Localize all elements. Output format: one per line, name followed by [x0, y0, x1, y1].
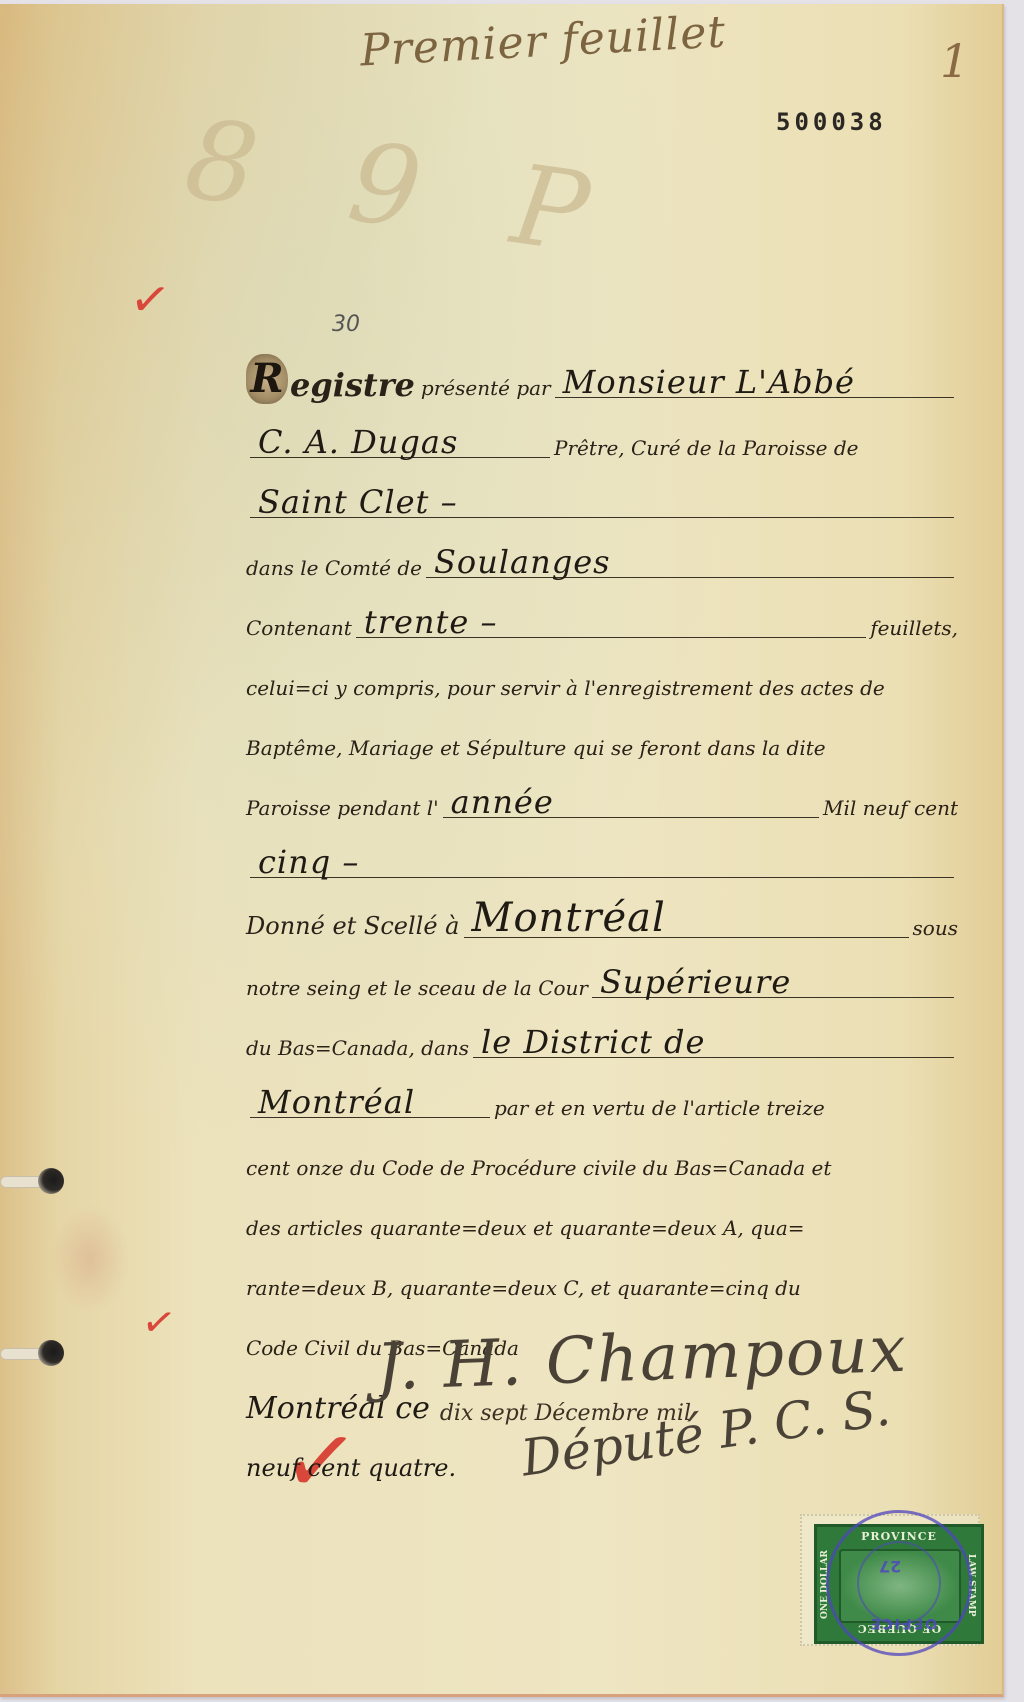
form-line-purpose: celui=ci y compris, pour servir à l'enre…: [246, 654, 958, 706]
printed-text: feuillets,: [870, 616, 958, 646]
printed-text: cent onze du Code de Procédure civile du…: [246, 1156, 831, 1186]
handwritten-value: Montréal: [258, 1083, 415, 1121]
district-name-field: Montréal: [250, 1077, 490, 1118]
year-value-field: cinq –: [250, 837, 954, 878]
printed-text: Paroisse pendant l': [246, 796, 439, 826]
handwritten-value: Soulanges: [434, 543, 611, 581]
form-line-legal-3: rante=deux B, quarante=deux C, et quaran…: [246, 1254, 958, 1306]
document-number: 500038: [776, 108, 887, 136]
printed-text: Baptême, Mariage et Sépulture qui se fer…: [246, 736, 826, 766]
form-line-district-name: Montréal par et en vertu de l'article tr…: [246, 1074, 958, 1126]
printed-text: sous: [913, 916, 958, 946]
registre-heading-text: egistre: [290, 366, 415, 404]
form-line-legal-2: des articles quarante=deux et quarante=d…: [246, 1194, 958, 1246]
form-line-given-at: Donné et Scellé à Montréal sous: [246, 894, 958, 946]
postmark-icon: 27 OFFICE: [826, 1510, 972, 1656]
form-line-court: notre seing et le sceau de la Cour Supér…: [246, 954, 958, 1006]
stain: [50, 1204, 130, 1314]
form-line-presented-by: R egistre présenté par Monsieur L'Abbé: [246, 354, 958, 406]
place-field: Montréal: [464, 897, 909, 938]
top-annotation-number: 1: [940, 34, 969, 88]
handwritten-value: C. A. Dugas: [258, 423, 458, 461]
form-line-year-value: cinq –: [246, 834, 958, 886]
form-line-acts: Baptême, Mariage et Sépulture qui se fer…: [246, 714, 958, 766]
binding-grommet-icon: [0, 1340, 66, 1370]
handwritten-value: Supérieure: [600, 963, 791, 1001]
printed-text: par et en vertu de l'article treize: [494, 1096, 825, 1126]
court-field: Supérieure: [592, 957, 954, 998]
parish-field: Saint Clet –: [250, 477, 954, 518]
pencil-note: 30: [332, 312, 360, 337]
printed-text: celui=ci y compris, pour servir à l'enre…: [246, 676, 885, 706]
register-page: Premier feuillet 1 500038 8 9 P 30 ✓ ✓ ✓…: [0, 4, 1004, 1697]
priest-name-field: C. A. Dugas: [250, 417, 550, 458]
binding-grommet-icon: [0, 1168, 66, 1198]
handwritten-value: cinq –: [258, 843, 359, 881]
postmark-text: OFFICE: [869, 1615, 937, 1631]
printed-text: Contenant: [246, 616, 352, 646]
faded-pencil-marks: 8 9 P: [178, 94, 626, 281]
district-field: le District de: [473, 1017, 954, 1058]
printed-text: Prêtre, Curé de la Paroisse de: [554, 436, 858, 466]
printed-text: Mil neuf cent: [823, 796, 958, 826]
handwritten-value: trente –: [364, 603, 498, 641]
form-line-leaves: Contenant trente – feuillets,: [246, 594, 958, 646]
handwritten-date: neuf cent quatre.: [246, 1454, 456, 1482]
handwritten-value: le District de: [481, 1023, 705, 1061]
handwritten-value: année: [451, 783, 554, 821]
check-mark-icon: ✓: [138, 1297, 179, 1348]
top-annotation: Premier feuillet: [359, 6, 727, 76]
presenter-field: Monsieur L'Abbé: [555, 357, 954, 398]
printed-text: dans le Comté de: [246, 556, 422, 586]
printed-text: rante=deux B, quarante=deux C, et quaran…: [246, 1276, 801, 1306]
handwritten-value: Saint Clet –: [258, 483, 458, 521]
printed-text: notre seing et le sceau de la Cour: [246, 976, 588, 1006]
year-word-field: année: [443, 777, 819, 818]
form-line-year: Paroisse pendant l' année Mil neuf cent: [246, 774, 958, 826]
postmark-inner-ring: [857, 1541, 941, 1625]
county-field: Soulanges: [426, 537, 954, 578]
form-line-parish: Saint Clet –: [246, 474, 958, 526]
leaves-count-field: trente –: [356, 597, 866, 638]
printed-text: du Bas=Canada, dans: [246, 1036, 469, 1066]
form-line-priest: C. A. Dugas Prêtre, Curé de la Paroisse …: [246, 414, 958, 466]
printed-text: présenté par: [421, 376, 551, 406]
printed-text: des articles quarante=deux et quarante=d…: [246, 1216, 805, 1246]
handwritten-value: Montréal: [472, 895, 666, 941]
ornate-initial-icon: R: [246, 354, 288, 404]
form-line-legal-1: cent onze du Code de Procédure civile du…: [246, 1134, 958, 1186]
postmark-date: 27: [879, 1557, 901, 1576]
printed-text: Donné et Scellé à: [246, 912, 460, 946]
form-line-district: du Bas=Canada, dans le District de: [246, 1014, 958, 1066]
check-mark-icon: ✓: [126, 269, 174, 330]
scan-background: [1008, 300, 1022, 1500]
handwritten-value: Monsieur L'Abbé: [563, 363, 855, 401]
registre-heading: R egistre: [246, 354, 415, 406]
form-line-county: dans le Comté de Soulanges: [246, 534, 958, 586]
